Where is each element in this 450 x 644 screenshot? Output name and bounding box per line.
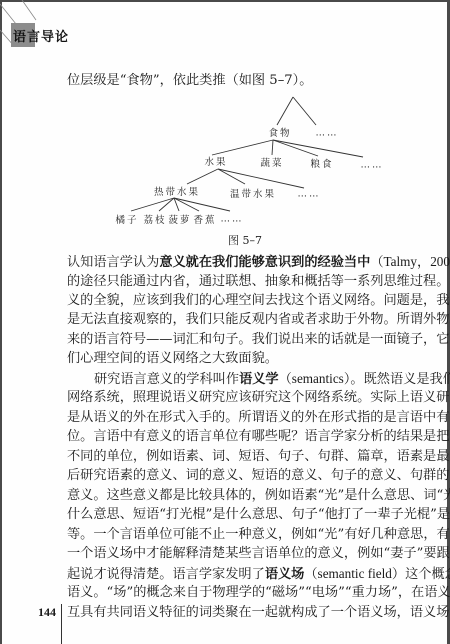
tree-node-ellipsis: ……: [221, 214, 244, 225]
page-number-rule: [61, 604, 62, 644]
paragraph2-line: 后研究语素的意义、词的意义、短语的意义、句子的意义、句群的意义、语篇的: [67, 468, 422, 484]
tree-node-temperate-fruit: 温带水果: [230, 186, 276, 200]
text-run: 研究语言意义的学科叫作: [94, 372, 239, 387]
page-number: 144: [38, 605, 56, 620]
paragraph2-line: 语义。“场”的概念来自于物理学的“磁场”“电场”“重力场”，在语义学中，相: [67, 585, 422, 601]
tree-node-ellipsis: ……: [298, 189, 321, 200]
paragraph2-line1: 研究语言意义的学科叫作语义学（semantics）。既然语义是我们心理空间的: [94, 371, 422, 388]
text-run: （Talmy，2000）。发现意义: [370, 254, 450, 269]
paragraph1-line: 的途径只能通过内省，通过联想、抽象和概括等一系列思维过程。我们要寻找语: [67, 274, 422, 290]
paragraph2-line: 互具有共同语义特征的词类聚在一起就构成了一个语义场，语义场中的成员互相: [67, 605, 422, 621]
paragraph1-line: 来的语言符号——词汇和句子。我们说出来的话就是一面镜子，它可以折射出我: [67, 332, 422, 348]
tree-node-tropical-fruit: 热带水果: [154, 184, 200, 198]
paragraph2-line: 不同的单位，例如语素、词、短语、句子、句群、篇章，语素是最小的单位，然: [67, 449, 422, 465]
text-run: 起说才说得清楚。语言学家发明了: [67, 567, 265, 582]
paragraph1-line: 义的全貌，应该到我们的心理空间去找这个语义网络。问题是，我们的心理空间: [67, 293, 422, 309]
term-semantics: 语义学: [239, 372, 279, 387]
text-run: 认知语言学认为: [67, 255, 159, 270]
tree-node-grain: 粮食: [310, 156, 333, 170]
paragraph2-line: 什么意思、短语“打光棍”是什么意思、句子“他打了一辈子光棍”是什么意思: [67, 507, 422, 523]
tree-node-pineapple: 菠萝: [168, 212, 191, 226]
paragraph2-line: 位。言语中有意义的语言单位有哪些呢？语言学家分析的结果是把言语片段分为: [67, 429, 422, 445]
tree-node-banana: 香蕉: [193, 212, 216, 226]
paragraph2-line: 网络系统，照理说语义研究应该研究这个网络系统。实际上语义研究开始的时候: [67, 390, 422, 406]
paragraph1-line: 是无法直接观察的，我们只能反观内省或者求助于外物。所谓外物就是我们说出: [67, 312, 422, 328]
text-run: （semantic field）这个概念，用来分析: [304, 566, 450, 581]
tree-node-orange: 橘子: [115, 212, 138, 226]
tree-node-lychee: 荔枝: [143, 212, 166, 226]
tree-node-food: 食物: [268, 125, 291, 139]
paragraph2-line: 意义。这些意义都是比较具体的，例如语素“光”是什么意思、词“光棍”是: [67, 488, 422, 504]
paragraph2-line: 一个语义场中才能解释清楚某些言语单位的意义，例如“妻子”要跟“丈夫”一: [67, 546, 422, 562]
tree-node-ellipsis: ……: [316, 128, 339, 139]
figure-caption: 图 5–7: [228, 232, 262, 248]
tree-node-fruit: 水果: [204, 154, 227, 168]
paragraph2-line: 是从语义的外在形式入手的。所谓语义的外在形式指的是言语中有意义的语言单: [67, 410, 422, 426]
tree-node-vegetable: 蔬菜: [260, 155, 283, 169]
term-semantic-field: 语义场: [265, 567, 305, 582]
paragraph1-line: 们心理空间的语义网络之大致面貌。: [67, 351, 422, 367]
book-page: 语言导论 位层级是“食物”，依此类推（如图 5–7）。 食物 …… 水果 蔬: [0, 0, 450, 644]
paragraph2-line: 等。一个言语单位可能不止一种意义，例如“光”有好几种意思，有的时候要在: [67, 527, 422, 543]
tree-node-ellipsis: ……: [361, 160, 384, 171]
paragraph1-line1: 认知语言学认为意义就在我们能够意识到的经验当中（Talmy，2000）。发现意义: [67, 254, 422, 271]
paragraph2-line-semantic-field: 起说才说得清楚。语言学家发明了语义场（semantic field）这个概念，用…: [67, 566, 422, 583]
emphasis-text: 意义就在我们能够意识到的经验当中: [159, 255, 370, 270]
text-run: （semantics）。既然语义是我们心理空间的: [279, 371, 450, 386]
